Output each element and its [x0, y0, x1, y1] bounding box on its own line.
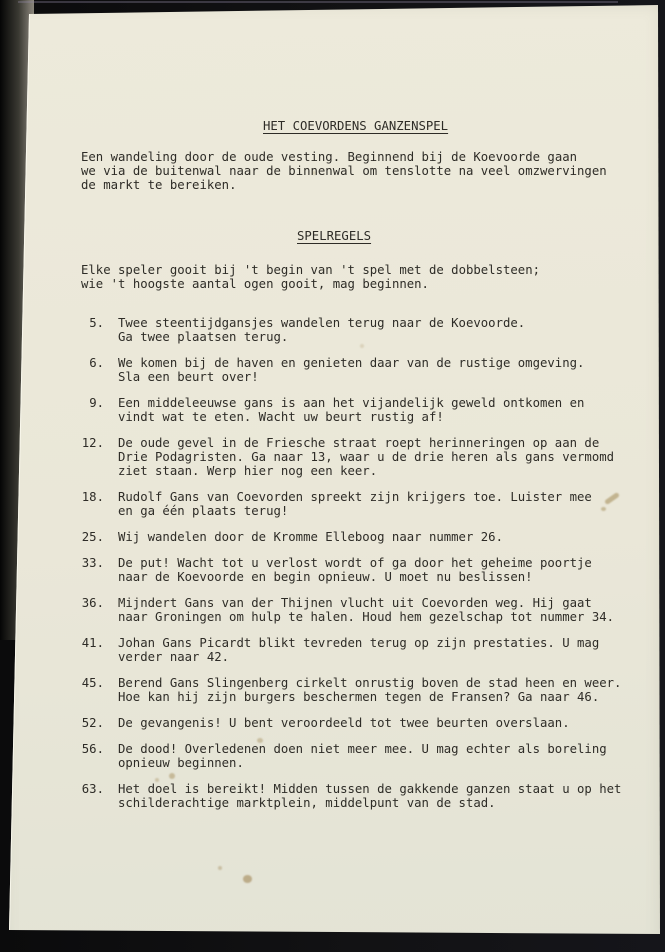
- step-line: Een middeleeuwse gans is aan het vijande…: [118, 396, 584, 410]
- step-line: schilderachtige marktplein, middelpunt v…: [118, 796, 621, 810]
- step-number: 25.: [81, 530, 104, 544]
- intro-line: we via de buitenwal naar de binnenwal om…: [81, 164, 607, 178]
- game-steps-list: 5. Twee steentijdgansjes wandelen terug …: [81, 316, 621, 822]
- step-line: De gevangenis! U bent veroordeeld tot tw…: [118, 716, 570, 730]
- step-line: opnieuw beginnen.: [118, 756, 607, 770]
- step-line: naar Groningen om hulp te halen. Houd he…: [118, 610, 614, 624]
- step-line: Het doel is bereikt! Midden tussen de ga…: [118, 782, 621, 796]
- step-item: 52. De gevangenis! U bent veroordeeld to…: [81, 716, 621, 730]
- step-item: 33. De put! Wacht tot u verlost wordt of…: [81, 556, 621, 584]
- step-item: 63. Het doel is bereikt! Midden tussen d…: [81, 782, 621, 810]
- step-number: 5.: [81, 316, 104, 344]
- step-line: vindt wat te eten. Wacht uw beurt rustig…: [118, 410, 584, 424]
- step-number: 56.: [81, 742, 104, 770]
- step-line: en ga één plaats terug!: [118, 504, 592, 518]
- scanner-edge-line: [18, 1, 618, 3]
- step-line: Drie Podagristen. Ga naar 13, waar u de …: [118, 450, 614, 464]
- step-item: 36. Mijndert Gans van der Thijnen vlucht…: [81, 596, 621, 624]
- rules-paragraph: Elke speler gooit bij 't begin van 't sp…: [81, 263, 540, 291]
- step-line: Sla een beurt over!: [118, 370, 584, 384]
- step-number: 41.: [81, 636, 104, 664]
- step-line: Johan Gans Picardt blikt tevreden terug …: [118, 636, 599, 650]
- step-item: 6. We komen bij de haven en genieten daa…: [81, 356, 621, 384]
- step-line: Rudolf Gans van Coevorden spreekt zijn k…: [118, 490, 592, 504]
- step-item: 41. Johan Gans Picardt blikt tevreden te…: [81, 636, 621, 664]
- rules-line: Elke speler gooit bij 't begin van 't sp…: [81, 263, 540, 277]
- rules-line: wie 't hoogste aantal ogen gooit, mag be…: [81, 277, 540, 291]
- step-line: Twee steentijdgansjes wandelen terug naa…: [118, 316, 525, 330]
- step-item: 12. De oude gevel in de Friesche straat …: [81, 436, 621, 478]
- step-line: ziet staan. Werp hier nog een keer.: [118, 464, 614, 478]
- step-number: 12.: [81, 436, 104, 478]
- step-number: 18.: [81, 490, 104, 518]
- step-item: 5. Twee steentijdgansjes wandelen terug …: [81, 316, 621, 344]
- step-item: 56. De dood! Overledenen doen niet meer …: [81, 742, 621, 770]
- step-item: 25. Wij wandelen door de Kromme Elleboog…: [81, 530, 621, 544]
- step-item: 9. Een middeleeuwse gans is aan het vija…: [81, 396, 621, 424]
- step-number: 9.: [81, 396, 104, 424]
- step-item: 45. Berend Gans Slingenberg cirkelt onru…: [81, 676, 621, 704]
- step-line: De put! Wacht tot u verlost wordt of ga …: [118, 556, 592, 570]
- step-line: naar de Koevoorde en begin opnieuw. U mo…: [118, 570, 592, 584]
- step-line: We komen bij de haven en genieten daar v…: [118, 356, 584, 370]
- step-number: 52.: [81, 716, 104, 730]
- step-line: verder naar 42.: [118, 650, 599, 664]
- intro-paragraph: Een wandeling door de oude vesting. Begi…: [81, 150, 607, 192]
- step-line: Berend Gans Slingenberg cirkelt onrustig…: [118, 676, 621, 690]
- step-line: Hoe kan hij zijn burgers beschermen tege…: [118, 690, 621, 704]
- page-title: HET COEVORDENS GANZENSPEL: [263, 119, 448, 133]
- intro-line: de markt te bereiken.: [81, 178, 607, 192]
- section-heading: SPELREGELS: [297, 229, 371, 243]
- step-number: 6.: [81, 356, 104, 384]
- step-line: De dood! Overledenen doen niet meer mee.…: [118, 742, 607, 756]
- step-number: 45.: [81, 676, 104, 704]
- step-line: De oude gevel in de Friesche straat roep…: [118, 436, 614, 450]
- step-number: 63.: [81, 782, 104, 810]
- step-item: 18. Rudolf Gans van Coevorden spreekt zi…: [81, 490, 621, 518]
- step-line: Wij wandelen door de Kromme Elleboog naa…: [118, 530, 503, 544]
- step-line: Ga twee plaatsen terug.: [118, 330, 525, 344]
- stain-mark: [218, 866, 222, 870]
- step-line: Mijndert Gans van der Thijnen vlucht uit…: [118, 596, 614, 610]
- intro-line: Een wandeling door de oude vesting. Begi…: [81, 150, 607, 164]
- step-number: 33.: [81, 556, 104, 584]
- stain-mark: [243, 875, 252, 883]
- step-number: 36.: [81, 596, 104, 624]
